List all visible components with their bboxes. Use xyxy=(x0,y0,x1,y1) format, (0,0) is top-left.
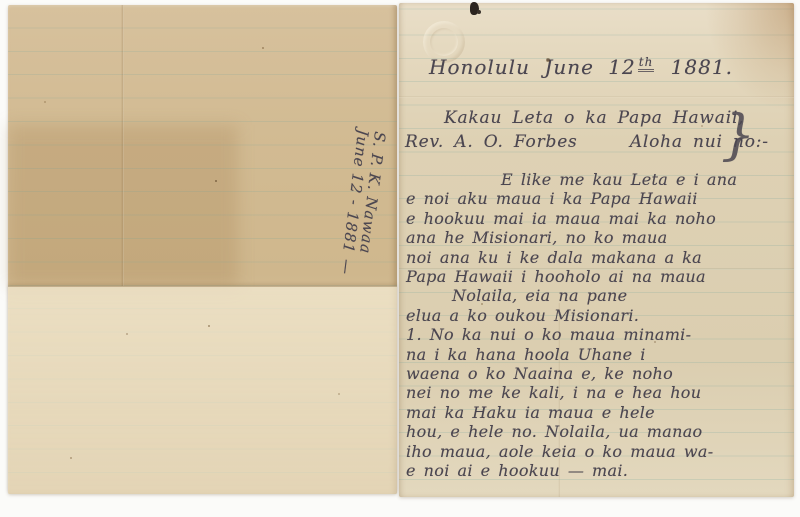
letter-line: elua a ko oukou Misionari. xyxy=(406,306,790,325)
letter-line: e noi aku maua i ka Papa Hawaii xyxy=(406,189,790,208)
dateline-ordinal: th xyxy=(638,55,655,72)
letter-line: E like me kau Leta e i ana xyxy=(406,170,790,189)
letter-line: e noi ai e hookuu — mai. xyxy=(406,461,790,480)
letter-body: E like me kau Leta e i ana e noi aku mau… xyxy=(406,170,790,481)
letter-line: hou, e hele no. Nolaila, ua manao xyxy=(406,422,790,441)
endorsement-note: S. P. K. Nawaa June 12 - 1881 — xyxy=(336,128,388,281)
letter-line: mai ka Haku ia maua e hele xyxy=(406,403,790,422)
fold-lighter-area xyxy=(8,286,397,494)
address-line-2: Rev. A. O. Forbes Aloha nui no:- xyxy=(405,132,769,152)
recipient-name: Rev. A. O. Forbes xyxy=(405,132,578,152)
letter-line: e hookuu mai ia maua mai ka noho xyxy=(406,209,790,228)
brace-mark: } xyxy=(721,106,755,164)
letter-line: Nolaila, eia na pane xyxy=(406,286,790,305)
letter-line: Papa Hawaii i hooholo ai na maua xyxy=(406,267,790,286)
letter-line: nei no me ke kali, i na e hea hou xyxy=(406,383,790,402)
dateline-place-day: Honolulu June 12 xyxy=(429,55,636,79)
dateline: Honolulu June 12th 1881. xyxy=(429,55,733,79)
dateline-year: 1881. xyxy=(656,55,733,79)
vertical-crease xyxy=(121,5,124,286)
horizontal-crease-upper xyxy=(399,96,794,98)
paper-specks-right xyxy=(399,3,401,5)
letter-line: noi ana ku i ke dala makana a ka xyxy=(406,248,790,267)
letter-page-left: S. P. K. Nawaa June 12 - 1881 — xyxy=(8,5,397,494)
letter-page-right: Honolulu June 12th 1881. Kakau Leta o ka… xyxy=(399,3,794,497)
letter-photograph: S. P. K. Nawaa June 12 - 1881 — Honolulu… xyxy=(0,0,800,517)
letter-line: iho maua, aole keia o ko maua wa- xyxy=(406,442,790,461)
letter-line: na i ka hana hoola Uhane i xyxy=(406,345,790,364)
letter-line: waena o ko Naaina e, ke noho xyxy=(406,364,790,383)
letter-line: ana he Misionari, no ko maua xyxy=(406,228,790,247)
paper-specks-left xyxy=(8,5,10,7)
ink-blot-icon xyxy=(470,2,479,15)
address-line-1: Kakau Leta o ka Papa Hawaii, xyxy=(444,108,744,128)
letter-line: 1. No ka nui o ko maua minami- xyxy=(406,325,790,344)
embossed-seal-inner-ring xyxy=(430,28,458,56)
